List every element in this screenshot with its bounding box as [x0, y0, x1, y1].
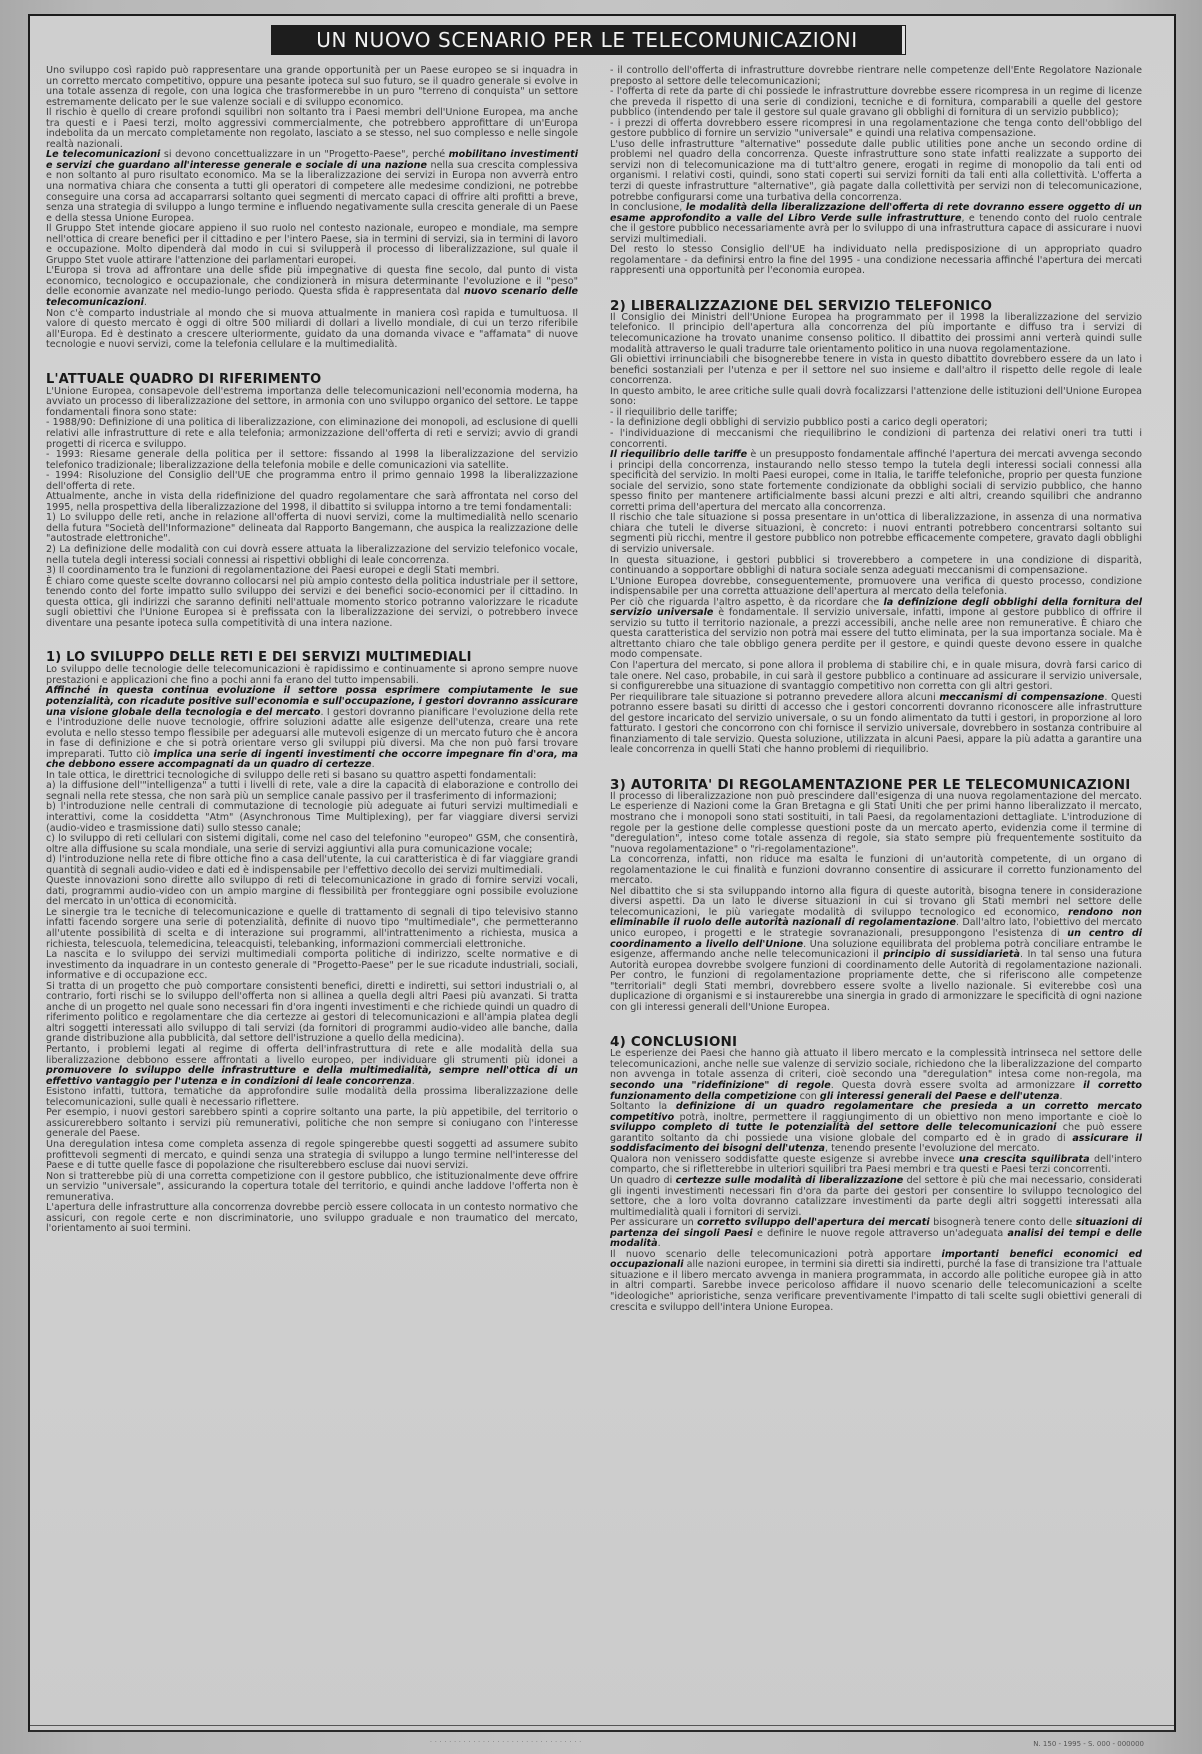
footer-note: N. 150 - 1995 - S. 000 - 000000: [1033, 1740, 1144, 1748]
section-paragraph: Per riequilibrare tale situazione si pot…: [610, 693, 1142, 756]
list-item: - il controllo dell'offerta di infrastru…: [610, 66, 1142, 87]
section-paragraph: Nel dibattito che si sta sviluppando int…: [610, 887, 1142, 1014]
section-paragraph: Queste innovazioni sono dirette allo svi…: [46, 876, 578, 908]
section-paragraph: L'uso delle infrastrutture "alternative"…: [610, 140, 1142, 203]
section-paragraph: Pertanto, i problemi legati al regime di…: [46, 1045, 578, 1087]
section-heading-quadro: L'ATTUALE QUADRO DI RIFERIMENTO: [46, 373, 578, 387]
emphasis-text: promuovere lo sviluppo delle infrastrutt…: [46, 1065, 578, 1087]
section-paragraph: Il Consiglio dei Ministri dell'Unione Eu…: [610, 313, 1142, 355]
emphasis-text: una crescita squilibrata: [959, 1154, 1090, 1165]
emphasis-text: principio di sussidiarietà: [883, 949, 1020, 960]
section-paragraph: Il processo di liberalizzazione non può …: [610, 792, 1142, 855]
list-item: 1) Lo sviluppo delle reti, anche in rela…: [46, 513, 578, 545]
section-paragraph: Per esempio, i nuovi gestori sarebbero s…: [46, 1108, 578, 1140]
list-item: - l'offerta di rete da parte di chi poss…: [610, 87, 1142, 119]
intro-paragraph-emphasis: Le telecomunicazioni si devono concettua…: [46, 150, 578, 224]
section-paragraph: L'Unione Europea, consapevole dell'estre…: [46, 387, 578, 419]
intro-paragraph: L'Europa si trova ad affrontare una dell…: [46, 266, 578, 308]
emphasis-text: secondo una "ridefinizione" di regole: [610, 1080, 831, 1091]
list-item: 2) La definizione delle modalità con cui…: [46, 545, 578, 566]
section-paragraph: Lo sviluppo delle tecnologie delle telec…: [46, 665, 578, 686]
section-heading-2: 2) LIBERALIZZAZIONE DEL SERVIZIO TELEFON…: [610, 299, 1142, 313]
emphasis-text: certezze sulle modalità di liberalizzazi…: [676, 1175, 904, 1186]
section-paragraph: Attualmente, anche in vista della ridefi…: [46, 492, 578, 513]
right-column: - il controllo dell'offerta di infrastru…: [610, 66, 1142, 1313]
list-item: - l'individuazione di meccanismi che rie…: [610, 429, 1142, 450]
section-paragraph: In questo ambito, le aree critiche sulle…: [610, 387, 1142, 408]
section-paragraph: La concorrenza, infatti, non riduce ma e…: [610, 855, 1142, 887]
list-item: - 1994: Risoluzione del Consiglio dell'U…: [46, 471, 578, 492]
intro-paragraph: Il rischio è quello di creare profondi s…: [46, 108, 578, 150]
emphasis-text: gli interessi generali del Paese e dell'…: [820, 1091, 1060, 1102]
section-paragraph: Le sinergie tra le tecniche di telecomun…: [46, 908, 578, 950]
list-item: - 1988/90: Definizione di una politica d…: [46, 418, 578, 450]
section-paragraph: Affinché in questa continua evoluzione i…: [46, 686, 578, 770]
section-paragraph: Soltanto la definizione di un quadro reg…: [610, 1102, 1142, 1155]
intro-paragraph: Non c'è comparto industriale al mondo ch…: [46, 309, 578, 351]
section-paragraph: Una deregulation intesa come completa as…: [46, 1140, 578, 1172]
section-paragraph: Con l'apertura del mercato, si pone allo…: [610, 661, 1142, 693]
list-item: a) la diffusione dell'"intelligenza" a t…: [46, 781, 578, 802]
intro-paragraph: Il Gruppo Stet intende giocare appieno i…: [46, 224, 578, 266]
list-item: - 1993: Riesame generale della politica …: [46, 450, 578, 471]
emphasis-text: Il riequilibrio delle tariffe: [610, 449, 747, 460]
section-paragraph: Un quadro di certezze sulle modalità di …: [610, 1176, 1142, 1218]
list-item: d) l'introduzione nella rete di fibre ot…: [46, 855, 578, 876]
section-paragraph: Il rischio che tale situazione si possa …: [610, 513, 1142, 555]
section-paragraph: Gli obiettivi irrinunciabili che bisogne…: [610, 355, 1142, 387]
section-paragraph: La nascita e lo sviluppo dei servizi mul…: [46, 950, 578, 982]
section-paragraph: Esistono infatti, tuttora, tematiche da …: [46, 1087, 578, 1108]
left-column: Uno sviluppo così rapido può rappresenta…: [46, 66, 578, 1235]
section-paragraph: Non si tratterebbe più di una corretta c…: [46, 1172, 578, 1204]
print-marks: · · · · · · · · · · · · · · · · · · · · …: [430, 1739, 582, 1746]
list-item: - i prezzi di offerta dovrebbero essere …: [610, 119, 1142, 140]
section-paragraph: In questa situazione, i gestori pubblici…: [610, 556, 1142, 577]
section-paragraph: Si tratta di un progetto che può comport…: [46, 982, 578, 1045]
list-item: b) l'introduzione nelle centrali di comm…: [46, 802, 578, 834]
intro-paragraph: Uno sviluppo così rapido può rappresenta…: [46, 66, 578, 108]
emphasis-text: sviluppo completo di tutte le potenziali…: [610, 1122, 1056, 1133]
emphasis-text: corretto sviluppo dell'apertura dei merc…: [697, 1217, 930, 1228]
section-paragraph: Il nuovo scenario delle telecomunicazion…: [610, 1250, 1142, 1313]
section-paragraph: Del resto lo stesso Consiglio dell'UE ha…: [610, 245, 1142, 277]
section-paragraph: È chiaro come queste scelte dovranno col…: [46, 577, 578, 630]
emphasis-text: Le telecomunicazioni: [46, 149, 160, 160]
footer-rule: [30, 1725, 1174, 1726]
section-paragraph: L'Unione Europea dovrebbe, conseguenteme…: [610, 577, 1142, 598]
section-paragraph: Per assicurare un corretto sviluppo dell…: [610, 1218, 1142, 1250]
section-paragraph: In conclusione, le modalità della libera…: [610, 203, 1142, 245]
section-paragraph: L'apertura delle infrastrutture alla con…: [46, 1203, 578, 1235]
section-paragraph: Le esperienze dei Paesi che hanno già at…: [610, 1049, 1142, 1102]
section-paragraph: Per ciò che riguarda l'altro aspetto, è …: [610, 598, 1142, 661]
emphasis-text: meccanismi di compensazione: [939, 692, 1104, 703]
section-paragraph: Il riequilibrio delle tariffe è un presu…: [610, 450, 1142, 513]
list-item: c) lo sviluppo di reti cellulari con sis…: [46, 834, 578, 855]
document-page: UN NUOVO SCENARIO PER LE TELECOMUNICAZIO…: [28, 14, 1176, 1732]
section-heading-3: 3) AUTORITA' DI REGOLAMENTAZIONE PER LE …: [610, 778, 1142, 792]
section-paragraph: Qualora non venissero soddisfatte queste…: [610, 1155, 1142, 1176]
page-title: UN NUOVO SCENARIO PER LE TELECOMUNICAZIO…: [272, 26, 905, 54]
